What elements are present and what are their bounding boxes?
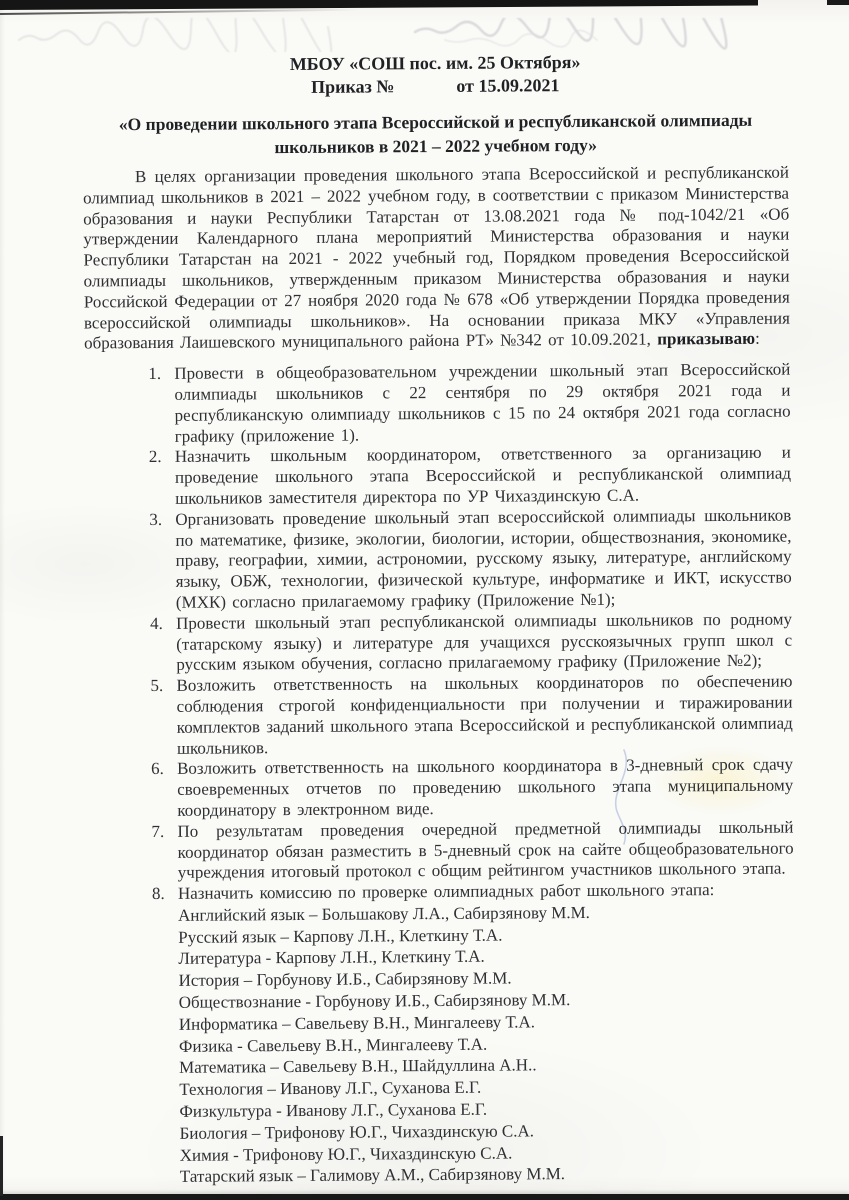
scan-artifact-bottom-bar	[0, 1194, 849, 1200]
item-number: 1.	[148, 364, 175, 447]
item-text: Организовать проведение школьный этап вс…	[175, 505, 792, 613]
order-title-line1: «О проведении школьного этапа Всероссийс…	[82, 109, 788, 137]
item-number: 6.	[151, 759, 177, 822]
prikazyvayu-bold-word: приказываю	[657, 329, 755, 349]
order-item-2: 2. Назначить школьным координатором, отв…	[85, 443, 791, 510]
order-item-4: 4. Провести школьный этап республиканско…	[86, 609, 792, 676]
item-number: 5.	[150, 676, 177, 759]
order-date: от 15.09.2021	[456, 74, 559, 98]
item-text: Провести в общеобразовательном учреждени…	[174, 360, 791, 447]
item-text: По результатам проведения очередной пред…	[177, 817, 793, 884]
scan-artifact-corner-mark	[827, 0, 849, 5]
order-items-list: 1. Провести в общеобразовательном учрежд…	[84, 360, 796, 1189]
order-item-7: 7. По результатам проведения очередной п…	[87, 817, 793, 884]
item-text: Возложить ответственность на школьных ко…	[176, 672, 793, 759]
item-number: 7.	[151, 822, 177, 885]
preamble-colon: :	[755, 329, 760, 348]
commission-list: Английский язык – Большакову Л.А., Сабир…	[178, 900, 796, 1188]
item-text: Назначить комиссию по проверке олимпиадн…	[178, 880, 794, 905]
preamble-text: В целях организации проведения школьного…	[83, 163, 790, 353]
item-text: Возложить ответственность на школьного к…	[177, 755, 793, 822]
order-title-line2: школьников в 2021 – 2022 учебном году»	[83, 132, 789, 160]
order-item-5: 5. Возложить ответственность на школьных…	[86, 672, 793, 760]
order-document: МБОУ «СОШ пос. им. 25 Октября» Приказ № …	[82, 0, 796, 1189]
item-text: Провести школьный этап республиканской о…	[176, 609, 792, 676]
item-number: 2.	[149, 447, 175, 510]
order-number-label: Приказ №	[311, 75, 394, 99]
commission-line-tatar: Татарский язык – Галимову А.М., Сабирзян…	[180, 1162, 796, 1188]
order-title: «О проведении школьного этапа Всероссийс…	[82, 109, 788, 161]
item-text: Назначить школьным координатором, ответс…	[175, 443, 791, 510]
order-item-3: 3. Организовать проведение школьный этап…	[85, 505, 792, 614]
item-number: 4.	[150, 614, 176, 677]
document-header: МБОУ «СОШ пос. им. 25 Октября» Приказ № …	[82, 50, 788, 101]
order-item-6: 6. Возложить ответственность на школьног…	[87, 755, 793, 822]
item-number: 3.	[149, 510, 176, 614]
order-number-line: Приказ № от 15.09.2021	[82, 73, 788, 101]
preamble-paragraph: В целях организации проведения школьного…	[83, 163, 790, 355]
scan-artifact-left-edge	[0, 1136, 3, 1196]
order-item-1: 1. Провести в общеобразовательном учрежд…	[84, 360, 791, 448]
item-number: 8.	[152, 884, 178, 905]
